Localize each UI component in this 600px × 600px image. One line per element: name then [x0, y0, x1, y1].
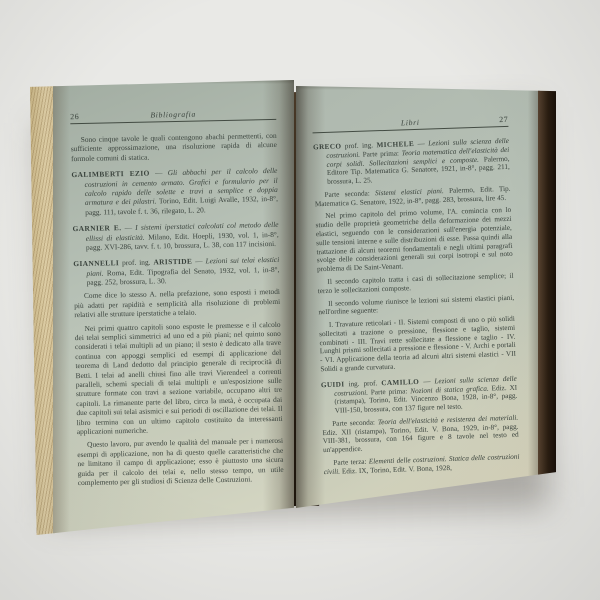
entry-detail: prof. ing. — [341, 141, 376, 150]
entry-detail: ing. prof. — [344, 379, 381, 388]
left-page-content: 26 Bibliografia Sono cinque tavole le qu… — [70, 108, 284, 488]
entry-detail: — — [419, 377, 435, 386]
bibliography-entry: GRECO prof. ing. MICHELE — Lezioni sulla… — [313, 137, 510, 187]
author-name: GARNIER E. — [72, 223, 121, 233]
entry-detail: — — [150, 168, 168, 177]
paragraph: I. Travature reticolari - II. Sistemi co… — [319, 315, 517, 374]
paragraph: Il secondo capitolo tratta i casi di sol… — [317, 272, 513, 296]
author-name: GRECO — [313, 142, 342, 151]
right-text-column: GRECO prof. ing. MICHELE — Lezioni sulla… — [313, 137, 520, 477]
entry-detail: Questo lavoro, pur avendo le qualità del… — [77, 436, 284, 487]
entry-detail: Ediz. XII (ristampa), Torino, Edit. V. B… — [322, 422, 518, 454]
paragraph: Nei primi quattro capitoli sono esposte … — [75, 319, 283, 436]
paragraph: Sono cinque tavole le quali contengono a… — [71, 131, 278, 163]
bibliography-entry: GUIDI ing. prof. CAMILLO — Lezioni sulla… — [321, 374, 518, 416]
bibliography-entry: GALIMBERTI EZIO — Gli abbachi per il cal… — [71, 166, 278, 217]
paragraph: Parte seconda: Sistemi elastici piani. P… — [314, 185, 510, 209]
author-name: MICHELE — [376, 140, 414, 149]
right-page-number: 27 — [474, 115, 508, 125]
paragraph: Come dice lo stesso A. nella prefazione,… — [74, 287, 281, 319]
right-page: Libri 27 GRECO prof. ing. MICHELE — Lezi… — [296, 86, 556, 508]
author-name: CAMILLO — [381, 378, 419, 387]
right-page-content: Libri 27 GRECO prof. ing. MICHELE — Lezi… — [312, 115, 520, 477]
author-name: ARISTIDE — [153, 257, 192, 267]
entry-detail: Nel primo capitolo del primo volume, l'A… — [315, 206, 512, 273]
left-page: 26 Bibliografia Sono cinque tavole le qu… — [30, 80, 294, 535]
entry-detail: — — [414, 140, 428, 148]
book-fore-edge — [538, 86, 556, 508]
entry-detail: Il secondo capitolo tratta i casi di sol… — [318, 272, 514, 295]
author-name: GIANNELLI — [73, 259, 119, 269]
bibliography-entry: GIANNELLI prof. ing. ARISTIDE — Lezioni … — [73, 255, 280, 287]
left-head-spacer — [242, 117, 276, 118]
left-page-number: 26 — [70, 111, 104, 121]
entry-detail: Come dice lo stesso A. nella prefazione,… — [74, 287, 280, 319]
left-text-column: Sono cinque tavole le quali contengono a… — [71, 131, 284, 488]
entry-detail: — — [192, 257, 205, 266]
right-head-spacer — [312, 129, 346, 130]
entry-detail: Parte terza: — [333, 458, 369, 467]
paragraph: Questo lavoro, pur avendo le qualità del… — [77, 436, 284, 487]
entry-detail: Roma, Edit. Tipografia del Senato, 1932,… — [87, 265, 280, 287]
entry-detail: I. Travature reticolari - II. Sistemi co… — [319, 315, 516, 373]
paragraph: Parte seconda: Teoria dell'elasticità e … — [322, 414, 519, 456]
entry-detail: Nei primi quattro capitoli sono esposte … — [75, 319, 283, 436]
entry-detail: — — [121, 223, 135, 232]
bibliography-entry: GARNIER E. — I sistemi iperstatici calco… — [72, 220, 279, 252]
author-name: GUIDI — [321, 380, 345, 389]
paragraph: Il secondo volume riunisce le lezioni su… — [318, 293, 514, 317]
paragraph: Nel primo capitolo del primo volume, l'A… — [315, 206, 513, 274]
entry-detail: prof. ing. — [119, 258, 153, 268]
left-running-title: Bibliografia — [104, 109, 242, 121]
book-photo: 26 Bibliografia Sono cinque tavole le qu… — [0, 0, 600, 600]
entry-detail: Sono cinque tavole le quali contengono a… — [71, 131, 277, 163]
entry-detail: Il secondo volume riunisce le lezioni su… — [318, 293, 514, 316]
